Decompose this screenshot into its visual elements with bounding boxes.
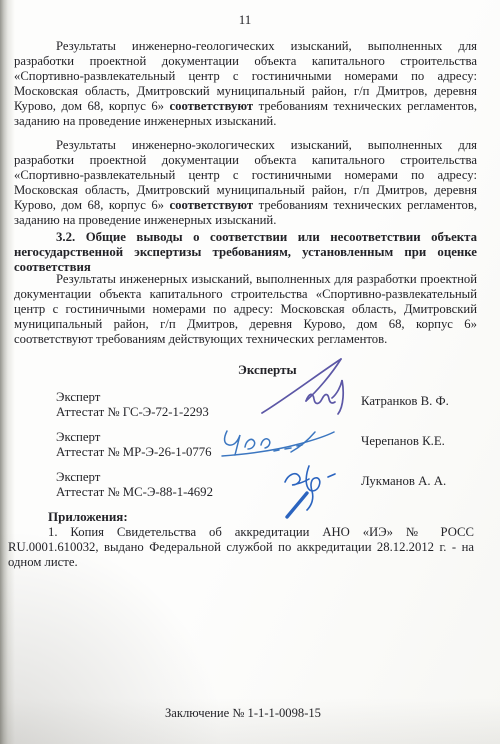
expert-name: Черепанов К.Е. — [361, 434, 445, 449]
scan-bottom-shadow — [0, 698, 500, 744]
expert-role-attestation: Эксперт Аттестат № ГС-Э-72-1-2293 — [56, 390, 209, 420]
lukmanov-signature-ink — [281, 460, 339, 520]
expert-attestation-label: Аттестат № МР-Э-26-1-0776 — [56, 445, 212, 460]
footer-conclusion-number: Заключение № 1-1-1-0098-15 — [0, 706, 486, 721]
expert-name: Лукманов А. А. — [361, 474, 446, 489]
expert-role-attestation: Эксперт Аттестат № МС-Э-88-1-4692 — [56, 470, 213, 500]
expert-role-label: Эксперт — [56, 430, 212, 445]
paragraph-survey-summary: Результаты инженерных изысканий, выполне… — [14, 272, 477, 347]
cherepanov-signature-ink — [219, 425, 337, 461]
paragraph-bold-word: соответствуют — [170, 99, 254, 113]
appendix-item: 1. Копия Свидетельства об аккредитации А… — [8, 525, 474, 571]
expert-role-label: Эксперт — [56, 390, 209, 405]
paragraph-bold-word: соответствуют — [170, 198, 254, 212]
katrankov-signature-ink — [259, 356, 355, 418]
appendices-heading: Приложения: — [48, 509, 128, 525]
expert-attestation-label: Аттестат № ГС-Э-72-1-2293 — [56, 405, 209, 420]
expert-attestation-label: Аттестат № МС-Э-88-1-4692 — [56, 485, 213, 500]
paragraph-geological-results: Результаты инженерно-геологических изыск… — [14, 39, 477, 130]
expert-row: Эксперт Аттестат № ГС-Э-72-1-2293 Катран… — [0, 390, 500, 428]
paragraph-ecological-results: Результаты инженерно-экологических изыск… — [14, 138, 477, 229]
page-number: 11 — [0, 12, 490, 28]
expert-role-label: Эксперт — [56, 470, 213, 485]
section-3-2-heading: 3.2. Общие выводы о соответствии или нес… — [14, 230, 477, 276]
expert-role-attestation: Эксперт Аттестат № МР-Э-26-1-0776 — [56, 430, 212, 460]
expert-name: Катранков В. Ф. — [361, 394, 449, 409]
expert-row: Эксперт Аттестат № МС-Э-88-1-4692 Лукман… — [0, 470, 500, 508]
document-page: 11 Результаты инженерно-геологических из… — [0, 0, 500, 744]
